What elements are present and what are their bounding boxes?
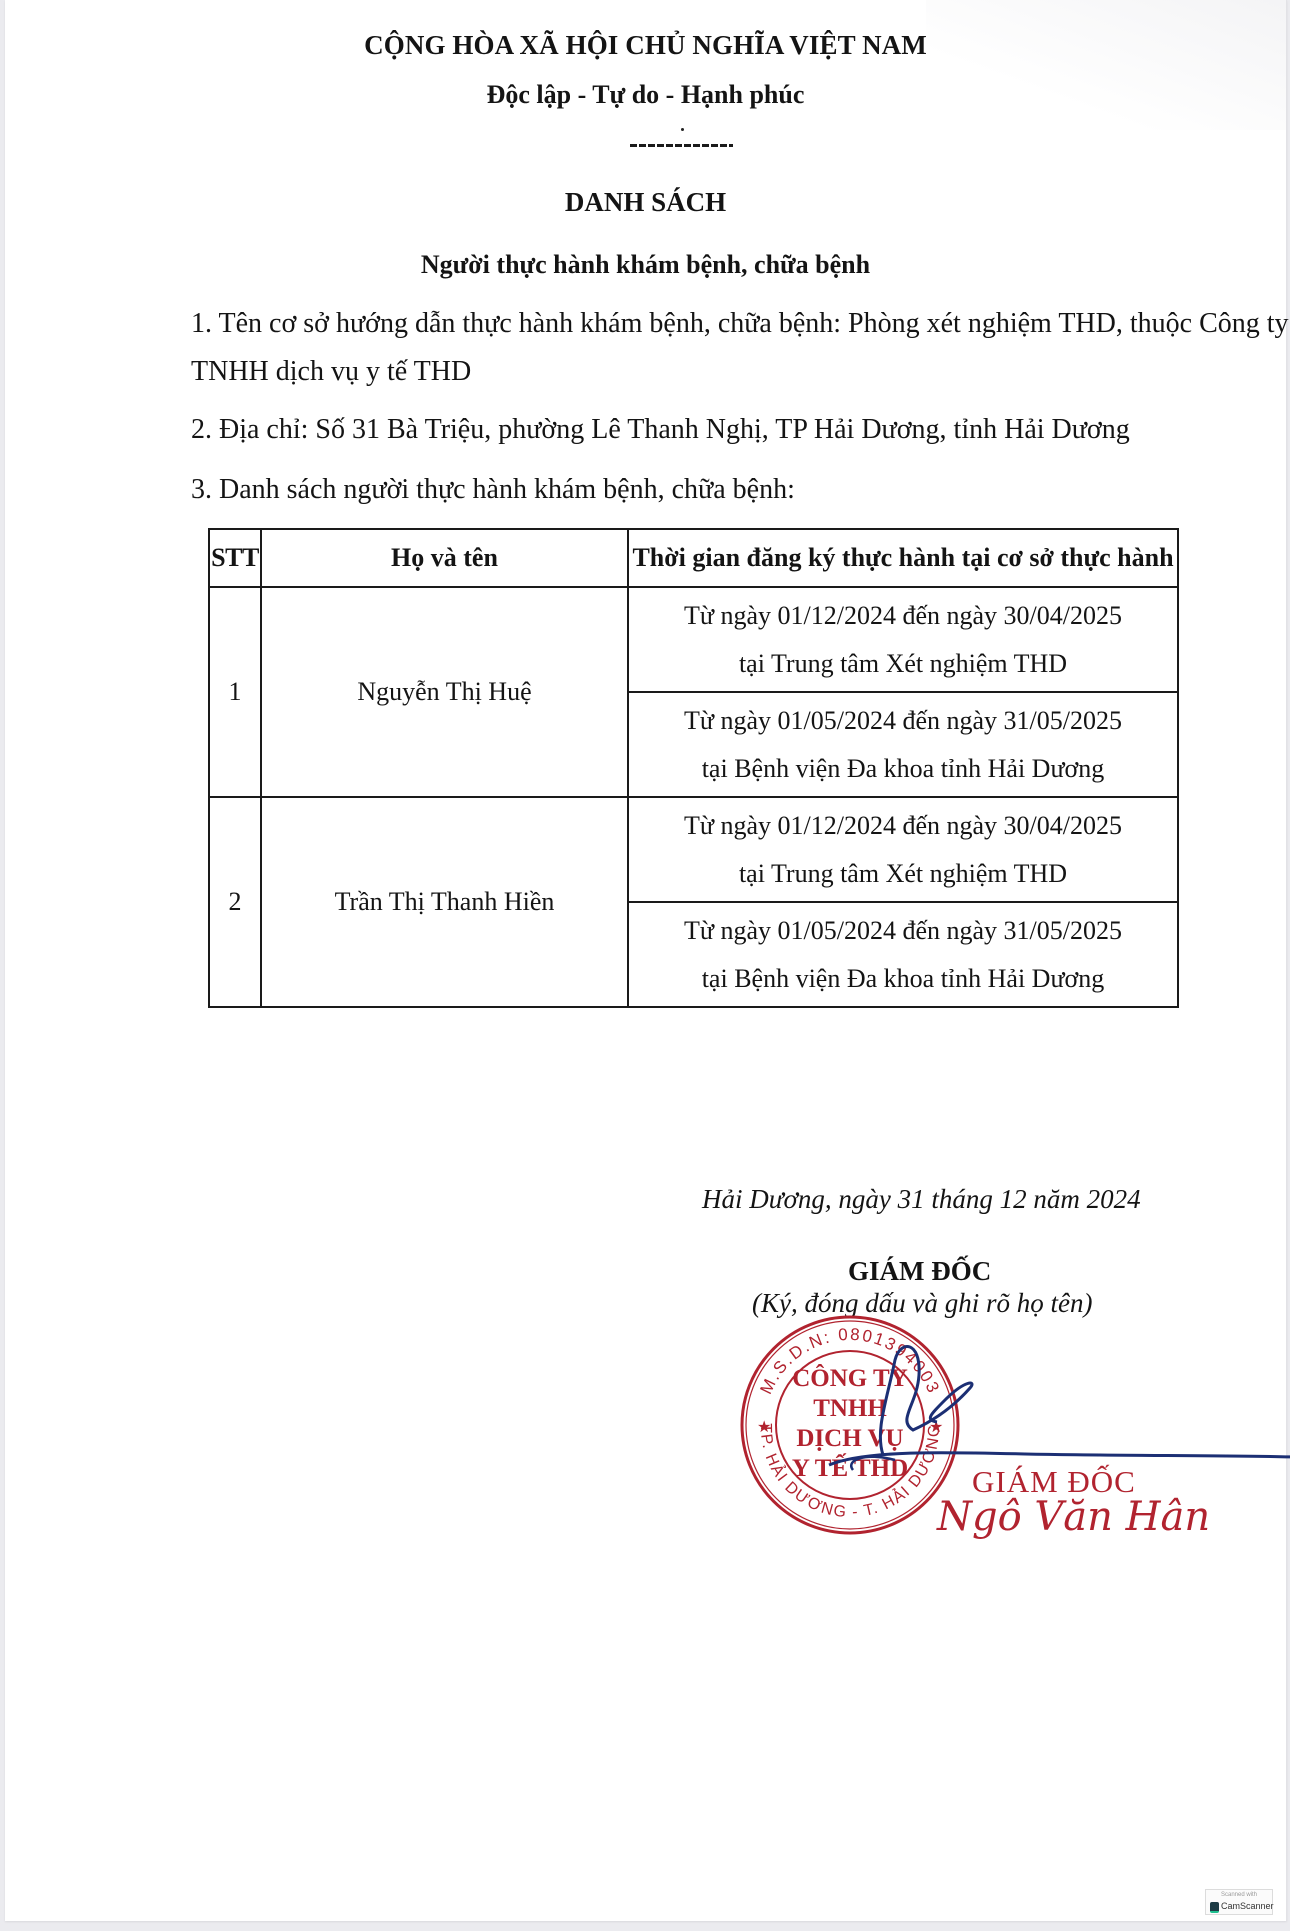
period-dates: Từ ngày 01/12/2024 đến ngày 30/04/2025 [629,592,1177,640]
place-and-date: Hải Dương, ngày 31 tháng 12 năm 2024 [702,1184,1141,1215]
scan-shadow [926,0,1286,130]
cell-period: Từ ngày 01/05/2024 đến ngày 31/05/2025 t… [628,902,1178,1007]
camscanner-logo-icon [1210,1902,1219,1913]
signatory-title: GIÁM ĐỐC [848,1256,991,1287]
period-place: tại Trung tâm Xét nghiệm THD [629,850,1177,898]
column-header-name: Họ và tên [261,529,628,587]
document-subtitle: Người thực hành khám bệnh, chữa bệnh [5,250,1286,280]
table-header-row: STT Họ và tên Thời gian đăng ký thực hàn… [209,529,1178,587]
practitioner-table: STT Họ và tên Thời gian đăng ký thực hàn… [208,528,1179,1008]
period-dates: Từ ngày 01/05/2024 đến ngày 31/05/2025 [629,697,1177,745]
item-1-line-1: 1. Tên cơ sở hướng dẫn thực hành khám bệ… [191,308,1289,340]
signer-name: Ngô Văn Hân [937,1494,1210,1540]
watermark-brand: CamScanner [1221,1901,1274,1911]
period-place: tại Trung tâm Xét nghiệm THD [629,640,1177,688]
separator-dashes [630,144,733,147]
column-header-stt: STT [209,529,261,587]
cell-stt: 2 [209,797,261,1007]
national-title: CỘNG HÒA XÃ HỘI CHỦ NGHĨA VIỆT NAM [5,30,1286,61]
cell-name: Nguyễn Thị Huệ [261,587,628,797]
header-separator [630,128,735,152]
column-header-period: Thời gian đăng ký thực hành tại cơ sở th… [628,529,1178,587]
cell-period: Từ ngày 01/05/2024 đến ngày 31/05/2025 t… [628,692,1178,797]
item-2-address: 2. Địa chỉ: Số 31 Bà Triệu, phường Lê Th… [191,414,1130,446]
item-1-line-2: TNHH dịch vụ y tế THD [191,356,471,388]
table-row: 1 Nguyễn Thị Huệ Từ ngày 01/12/2024 đến … [209,587,1178,692]
cell-period: Từ ngày 01/12/2024 đến ngày 30/04/2025 t… [628,587,1178,692]
period-place: tại Bệnh viện Đa khoa tỉnh Hải Dương [629,955,1177,1003]
cell-stt: 1 [209,587,261,797]
cell-period: Từ ngày 01/12/2024 đến ngày 30/04/2025 t… [628,797,1178,902]
table-row: 2 Trần Thị Thanh Hiền Từ ngày 01/12/2024… [209,797,1178,902]
separator-dot [681,128,684,131]
camscanner-watermark: Scanned with CamScanner [1205,1889,1273,1915]
handwritten-signature-icon [825,1320,1290,1480]
watermark-caption: Scanned with [1206,1892,1272,1898]
national-motto: Độc lập - Tự do - Hạnh phúc [5,80,1286,110]
item-3-list-heading: 3. Danh sách người thực hành khám bệnh, … [191,474,795,506]
document-page: CỘNG HÒA XÃ HỘI CHỦ NGHĨA VIỆT NAM Độc l… [5,0,1287,1921]
period-dates: Từ ngày 01/05/2024 đến ngày 31/05/2025 [629,907,1177,955]
document-title: DANH SÁCH [5,187,1286,218]
period-place: tại Bệnh viện Đa khoa tỉnh Hải Dương [629,745,1177,793]
cell-name: Trần Thị Thanh Hiền [261,797,628,1007]
period-dates: Từ ngày 01/12/2024 đến ngày 30/04/2025 [629,802,1177,850]
